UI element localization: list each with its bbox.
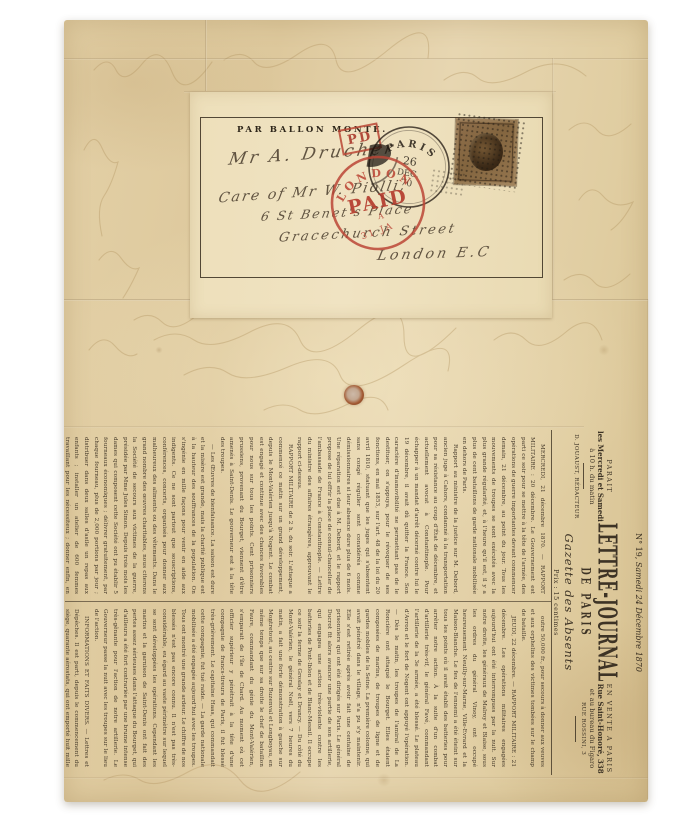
masthead-right-block: EN VENTE A PARIS Rue Saint-Honoré, 338 e… — [552, 682, 625, 775]
issue-date: Samedi 24 Décembre 1870 — [634, 562, 643, 672]
article-paragraph: outre 50,000 fr., pour secours à donner … — [517, 609, 546, 767]
stamp-top-band — [461, 122, 513, 131]
newspaper-masthead: N° 19, Samedi 24 Décembre 1870 PARAIT le… — [551, 430, 648, 775]
fold-crease — [205, 20, 207, 91]
sale-address-3: RUE ROSSINI, 3 — [579, 682, 588, 775]
newspaper-column-1: MERCREDI, 21 décembre 1870. — RAPPORT MI… — [65, 430, 551, 602]
fold-crease — [64, 777, 648, 779]
article-paragraph: MERCREDI, 21 décembre 1870. — RAPPORT MI… — [459, 437, 546, 594]
fold-crease — [64, 426, 584, 428]
publication-days: les Mercredi et Samedi — [596, 430, 605, 523]
article-paragraph: — Les Œuvres de bienfaisance. La saison … — [65, 437, 216, 594]
postage-stamp — [454, 118, 518, 186]
masthead-rule — [584, 463, 585, 489]
stamp-bottom-band — [459, 172, 511, 181]
newspaper-page: N° 19, Samedi 24 Décembre 1870 PARAIT le… — [65, 430, 648, 775]
london-postmark-date: 31 JA — [360, 221, 396, 242]
masthead-left-block: PARAIT les Mercredi et Samedi à 10 h. du… — [552, 430, 625, 523]
newspaper-subtitle: DE PARIS — [577, 523, 592, 682]
london-postmark: LONDON PAID A 31 JA — [319, 144, 438, 263]
london-postmark-index: A — [376, 211, 385, 221]
publication-time: à 10 h. du matin — [588, 430, 597, 523]
newspaper-title: LETTRE-JOURNAL — [591, 523, 619, 682]
price-label: Prix : 15 centimes — [552, 523, 559, 682]
masthead-rule — [575, 716, 576, 742]
fold-crease — [64, 58, 648, 60]
issue-line: N° 19, Samedi 24 Décembre 1870 — [628, 430, 648, 775]
sale-location-label: EN VENTE A PARIS — [605, 682, 614, 775]
article-paragraph: INFORMATIONS ET FAITS DIVERS. — Lettres … — [65, 609, 90, 767]
parait-label: PARAIT — [605, 430, 614, 523]
issue-number: N° 19, — [634, 533, 643, 559]
gazette-name: Gazette des Absents — [562, 523, 576, 682]
newspaper-column-2: outre 50,000 fr., pour secours à donner … — [65, 602, 551, 774]
envelope-panel: PAR BALLON MONTÉ. Mr A. Drucher Care of … — [190, 92, 552, 318]
article-paragraph: JEUDI, 22 décembre. — RAPPORT MILITAIRE … — [90, 609, 517, 767]
masthead-center: LETTRE-JOURNAL DE PARIS Gazette des Abse… — [552, 523, 625, 682]
editor-name: D. JOUAUST, RÉDACTEUR — [572, 430, 581, 523]
sale-address-1: Rue Saint-Honoré, 338 — [596, 682, 605, 775]
sale-address-2: et au bureau du Figaro — [588, 682, 597, 775]
article-paragraph: Rapport au ministre de la justice sur M.… — [294, 437, 459, 594]
article-paragraph: RAPPORT MILITAIRE de 2 h. du soir. L'att… — [216, 437, 294, 594]
scan-background: PAR BALLON MONTÉ. Mr A. Drucher Care of … — [0, 0, 700, 840]
fold-crease — [552, 58, 554, 299]
wax-seal-dot — [344, 385, 364, 405]
letter-sheet: PAR BALLON MONTÉ. Mr A. Drucher Care of … — [64, 20, 648, 802]
newspaper-columns: MERCREDI, 21 décembre 1870. — RAPPORT MI… — [65, 430, 551, 775]
